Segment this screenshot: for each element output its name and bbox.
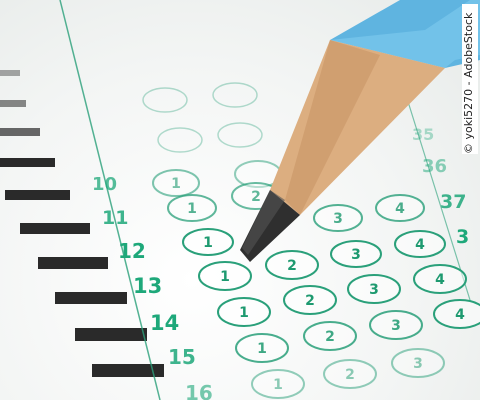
svg-text:1: 1 [171,176,181,192]
svg-text:3: 3 [391,318,401,334]
svg-text:35: 35 [412,125,434,144]
svg-text:37: 37 [440,191,466,213]
svg-text:2: 2 [287,258,297,274]
svg-text:2: 2 [345,367,355,383]
svg-text:3: 3 [413,356,423,372]
svg-text:16: 16 [185,381,213,400]
answer-sheet-photo: 10 11 12 13 14 15 16 35 36 37 3 [0,0,480,400]
photo-credit-text: © yoki5270 - AdobeStock [462,13,475,154]
svg-text:3: 3 [333,211,343,227]
svg-text:2: 2 [325,329,335,345]
svg-text:4: 4 [455,307,465,323]
svg-text:2: 2 [251,189,261,205]
svg-text:36: 36 [422,156,447,177]
svg-text:4: 4 [395,201,405,217]
svg-text:1: 1 [257,341,267,357]
svg-text:1: 1 [203,235,213,251]
svg-text:3: 3 [351,247,361,263]
svg-text:4: 4 [435,272,445,288]
svg-text:10: 10 [92,174,117,195]
svg-text:1: 1 [239,305,249,321]
svg-text:2: 2 [305,293,315,309]
svg-text:12: 12 [118,239,146,263]
svg-text:14: 14 [150,311,179,335]
svg-text:11: 11 [102,207,128,229]
svg-text:3: 3 [369,282,379,298]
svg-text:13: 13 [133,274,162,298]
svg-text:1: 1 [273,377,283,393]
answer-sheet: 10 11 12 13 14 15 16 35 36 37 3 [0,0,480,400]
svg-text:3: 3 [456,226,469,248]
svg-text:1: 1 [220,269,230,285]
svg-text:15: 15 [168,345,196,369]
svg-text:1: 1 [187,201,197,217]
svg-text:4: 4 [415,237,425,253]
photo-credit: © yoki5270 - AdobeStock [462,4,478,154]
